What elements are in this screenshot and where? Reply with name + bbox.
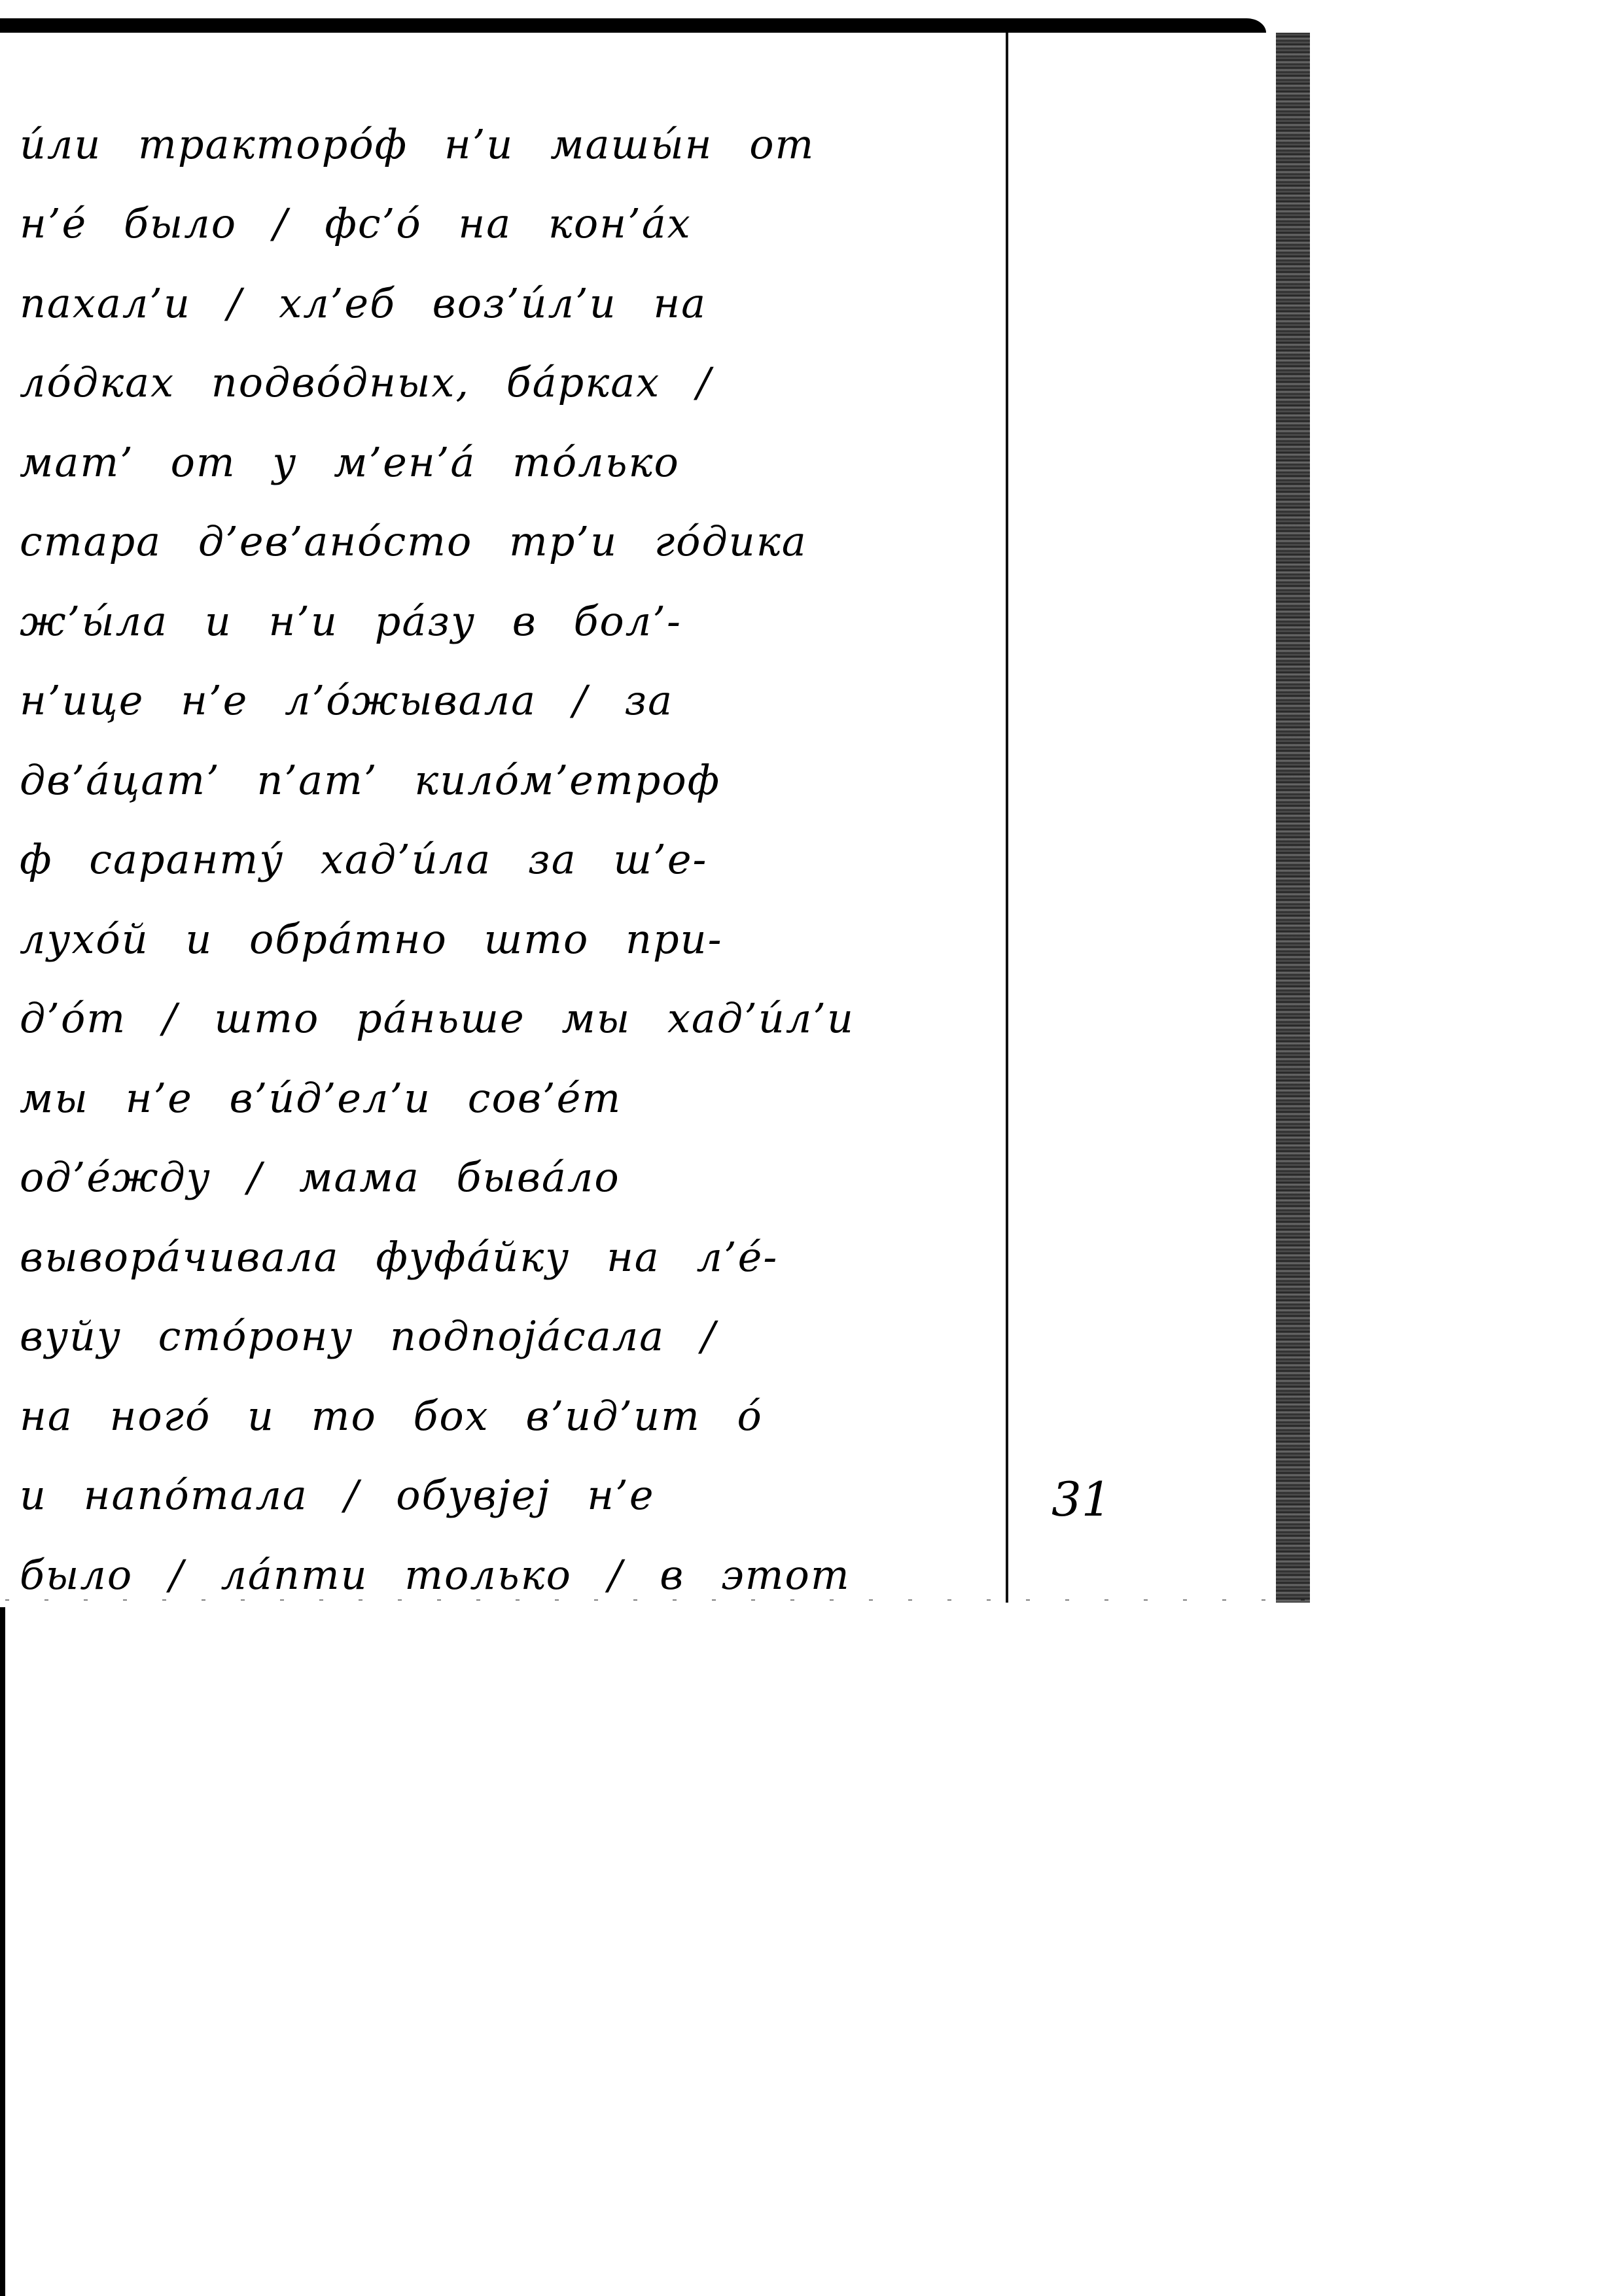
text-line: н’е́ было / фс’о́ на кон’а́х [13,165,995,245]
text-line: на ного́ и то бох в’ид’ит о́ [13,1357,995,1436]
text-line: пахал’и / хл’еб воз’и́л’и на [13,244,995,324]
margin-line [1006,33,1008,1603]
handwritten-text-block: и́ли тракторо́ф н’и машы́н от н’е́ было … [13,85,995,1595]
scan-left-border [0,1607,5,2296]
text-line: ф саранту́ хад’и́ла за ш’е- [13,801,995,880]
text-line: н’ице н’е л’о́жывала / за [13,642,995,722]
text-line: было / ла́пти только / в этот [13,1516,995,1595]
text-line: стара д’ев’ано́сто тр’и го́дика [13,483,995,563]
text-line: ж’ы́ла и н’и ра́зу в бол’- [13,562,995,642]
scan-top-border [0,18,1266,33]
text-line: мат’ от у м’ен’а́ то́лько [13,403,995,483]
text-line: и́ли тракторо́ф н’и машы́н от [13,85,995,165]
text-line: вуйу сто́рону подпоја́сала / [13,1278,995,1357]
page-bottom-edge [5,1599,1307,1601]
text-line: и напо́тала / обувјеј н’е [13,1436,995,1516]
text-line: дв’а́цат’ п’ат’ кило́м’етроф [13,721,995,801]
text-line: лухо́й и обра́тно што при- [13,880,995,960]
page-number: 31 [1051,1472,1112,1527]
text-line: од’е́жду / мама быва́ло [13,1119,995,1198]
text-line: ло́дках подво́дных, ба́рках / [13,324,995,404]
text-line: д’о́т / што ра́ньше мы хад’и́л’и [13,960,995,1039]
text-line: вывора́чивала фуфа́йку на л’е́- [13,1198,995,1278]
text-line: мы н’е в’и́д’ел’и сов’е́т [13,1039,995,1119]
page-edge-shadow [1276,33,1310,1603]
